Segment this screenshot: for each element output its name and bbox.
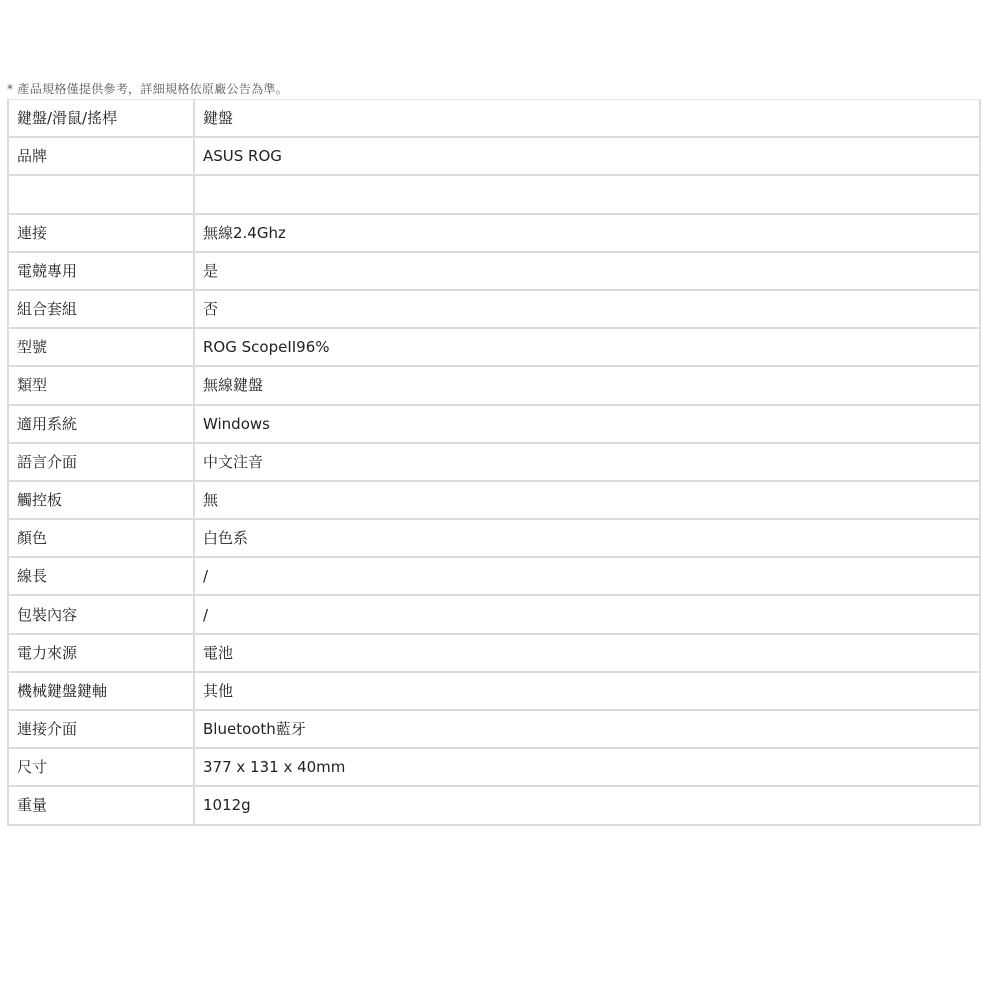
spec-value: 其他 (194, 672, 980, 710)
spec-value: / (194, 595, 980, 633)
spec-label: 類型 (8, 366, 194, 404)
spec-label: 鍵盤/滑鼠/搖桿 (8, 100, 194, 138)
spec-value: 無線2.4Ghz (194, 214, 980, 252)
spec-value: 白色系 (194, 519, 980, 557)
table-row: 連接介面Bluetooth藍牙 (8, 710, 980, 748)
table-row (8, 175, 980, 213)
table-row: 觸控板無 (8, 481, 980, 519)
spec-label: 尺寸 (8, 748, 194, 786)
spec-label: 語言介面 (8, 443, 194, 481)
spec-value: Windows (194, 405, 980, 443)
table-row: 語言介面中文注音 (8, 443, 980, 481)
table-row: 包裝內容/ (8, 595, 980, 633)
spec-label: 品牌 (8, 137, 194, 175)
spec-value: 1012g (194, 786, 980, 824)
spec-value: 鍵盤 (194, 100, 980, 138)
spec-label: 型號 (8, 328, 194, 366)
spec-label: 連接 (8, 214, 194, 252)
spec-label: 電競專用 (8, 252, 194, 290)
table-row: 顏色白色系 (8, 519, 980, 557)
table-row: 電競專用是 (8, 252, 980, 290)
spec-value: / (194, 557, 980, 595)
spec-label: 觸控板 (8, 481, 194, 519)
table-row: 鍵盤/滑鼠/搖桿鍵盤 (8, 100, 980, 138)
table-row: 重量1012g (8, 786, 980, 824)
spec-label: 電力來源 (8, 634, 194, 672)
table-row: 適用系統Windows (8, 405, 980, 443)
table-row: 品牌ASUS ROG (8, 137, 980, 175)
spec-value: 否 (194, 290, 980, 328)
spec-label: 適用系統 (8, 405, 194, 443)
spec-value: 電池 (194, 634, 980, 672)
disclaimer-note: * 產品規格僅提供參考，詳細規格依原廠公告為準。 (7, 82, 288, 96)
table-row: 型號ROG ScopeII96% (8, 328, 980, 366)
spec-label: 包裝內容 (8, 595, 194, 633)
spec-label (8, 175, 194, 213)
spec-value: Bluetooth藍牙 (194, 710, 980, 748)
table-row: 組合套組否 (8, 290, 980, 328)
table-row: 電力來源電池 (8, 634, 980, 672)
spec-label: 線長 (8, 557, 194, 595)
table-row: 連接無線2.4Ghz (8, 214, 980, 252)
spec-label: 連接介面 (8, 710, 194, 748)
spec-value: 無 (194, 481, 980, 519)
spec-value: 無線鍵盤 (194, 366, 980, 404)
spec-value: 377 x 131 x 40mm (194, 748, 980, 786)
spec-value: ASUS ROG (194, 137, 980, 175)
spec-table: 鍵盤/滑鼠/搖桿鍵盤 品牌ASUS ROG 連接無線2.4Ghz 電競專用是 組… (7, 99, 981, 826)
table-row: 機械鍵盤鍵軸其他 (8, 672, 980, 710)
table-row: 線長/ (8, 557, 980, 595)
spec-value: 中文注音 (194, 443, 980, 481)
spec-label: 組合套組 (8, 290, 194, 328)
spec-value: 是 (194, 252, 980, 290)
spec-label: 機械鍵盤鍵軸 (8, 672, 194, 710)
table-row: 尺寸377 x 131 x 40mm (8, 748, 980, 786)
table-row: 類型無線鍵盤 (8, 366, 980, 404)
spec-value: ROG ScopeII96% (194, 328, 980, 366)
spec-label: 顏色 (8, 519, 194, 557)
spec-value (194, 175, 980, 213)
spec-label: 重量 (8, 786, 194, 824)
